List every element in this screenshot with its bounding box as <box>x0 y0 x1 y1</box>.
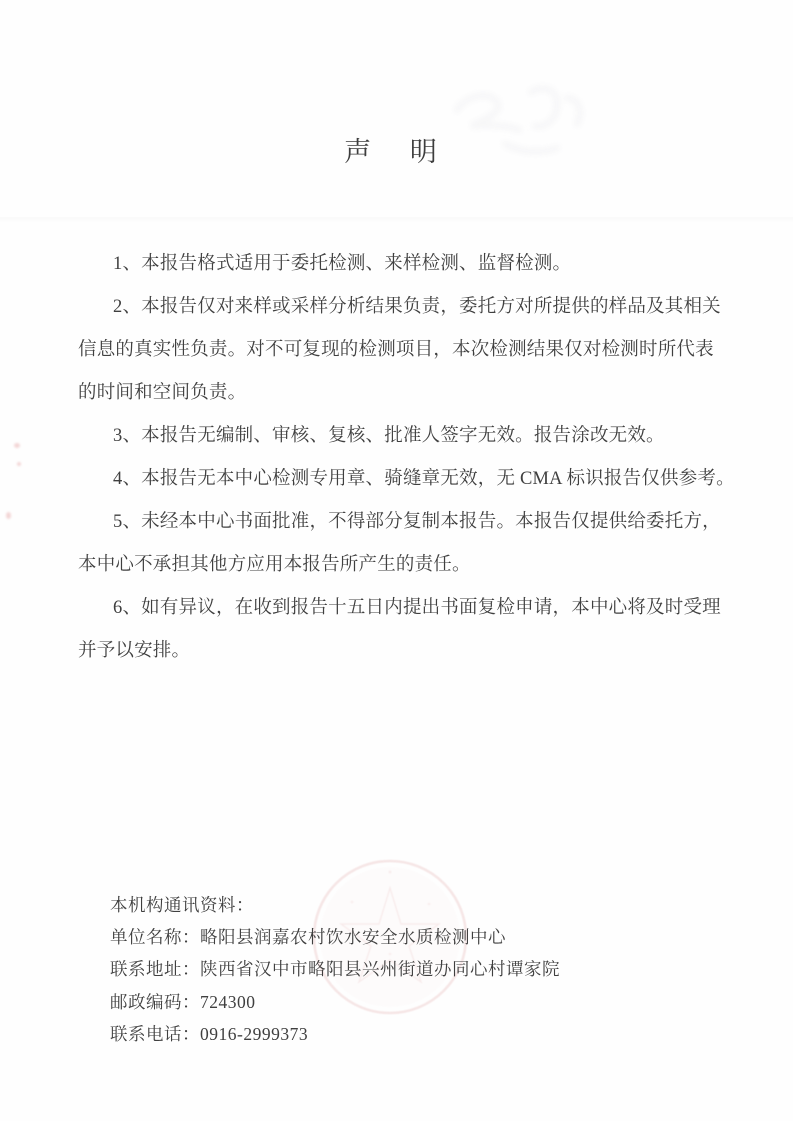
declaration-line-9: 6、如有异议，在收到报告十五日内提出书面复检申请，本中心将及时受理 <box>78 587 726 630</box>
declaration-page: 声 明 1、本报告格式适用于委托检测、来样检测、监督检测。 2、本报告仅对来样或… <box>0 0 793 1121</box>
declaration-line-5: 3、本报告无编制、审核、复核、批准人签字无效。报告涂改无效。 <box>78 415 726 458</box>
contact-label: 单位名称： <box>110 927 200 947</box>
contact-value: 略阳县润嘉农村饮水安全水质检测中心 <box>200 927 506 947</box>
contact-value: 724300 <box>200 992 256 1012</box>
contact-label: 邮政编码： <box>110 992 200 1012</box>
declaration-body: 1、本报告格式适用于委托检测、来样检测、监督检测。 2、本报告仅对来样或采样分析… <box>78 243 726 673</box>
declaration-line-2: 2、本报告仅对来样或采样分析结果负责，委托方对所提供的样品及其相关 <box>78 286 726 329</box>
contact-row-phone: 联系电话：0916-2999373 <box>110 1018 560 1050</box>
page-title: 声 明 <box>0 130 788 169</box>
declaration-line-4: 的时间和空间负责。 <box>78 372 726 415</box>
declaration-line-6: 4、本报告无本中心检测专用章、骑缝章无效，无 CMA 标识报告仅供参考。 <box>78 458 726 501</box>
contact-label: 联系电话： <box>110 1024 200 1044</box>
contact-value: 0916-2999373 <box>200 1024 308 1044</box>
ink-speck <box>17 462 21 466</box>
contact-value: 陕西省汉中市略阳县兴州街道办同心村谭家院 <box>200 959 560 979</box>
declaration-line-7: 5、未经本中心书面批准，不得部分复制本报告。本报告仅提供给委托方， <box>78 501 726 544</box>
contact-label: 联系地址： <box>110 959 200 979</box>
declaration-line-10: 并予以安排。 <box>78 630 726 673</box>
contact-row-address: 联系地址：陕西省汉中市略阳县兴州街道办同心村谭家院 <box>110 953 560 985</box>
contact-row-org: 单位名称：略阳县润嘉农村饮水安全水质检测中心 <box>110 921 560 953</box>
scan-artifact-band <box>0 217 793 223</box>
contact-heading: 本机构通讯资料： <box>110 893 560 918</box>
ink-speck <box>14 443 20 448</box>
declaration-line-8: 本中心不承担其他方应用本报告所产生的责任。 <box>78 544 726 587</box>
contact-info: 本机构通讯资料： 单位名称：略阳县润嘉农村饮水安全水质检测中心 联系地址：陕西省… <box>110 893 560 1050</box>
ink-speck <box>6 512 11 519</box>
contact-row-postcode: 邮政编码：724300 <box>110 986 560 1018</box>
declaration-line-1: 1、本报告格式适用于委托检测、来样检测、监督检测。 <box>78 243 726 286</box>
declaration-line-3: 信息的真实性负责。对不可复现的检测项目，本次检测结果仅对检测时所代表 <box>78 329 726 372</box>
